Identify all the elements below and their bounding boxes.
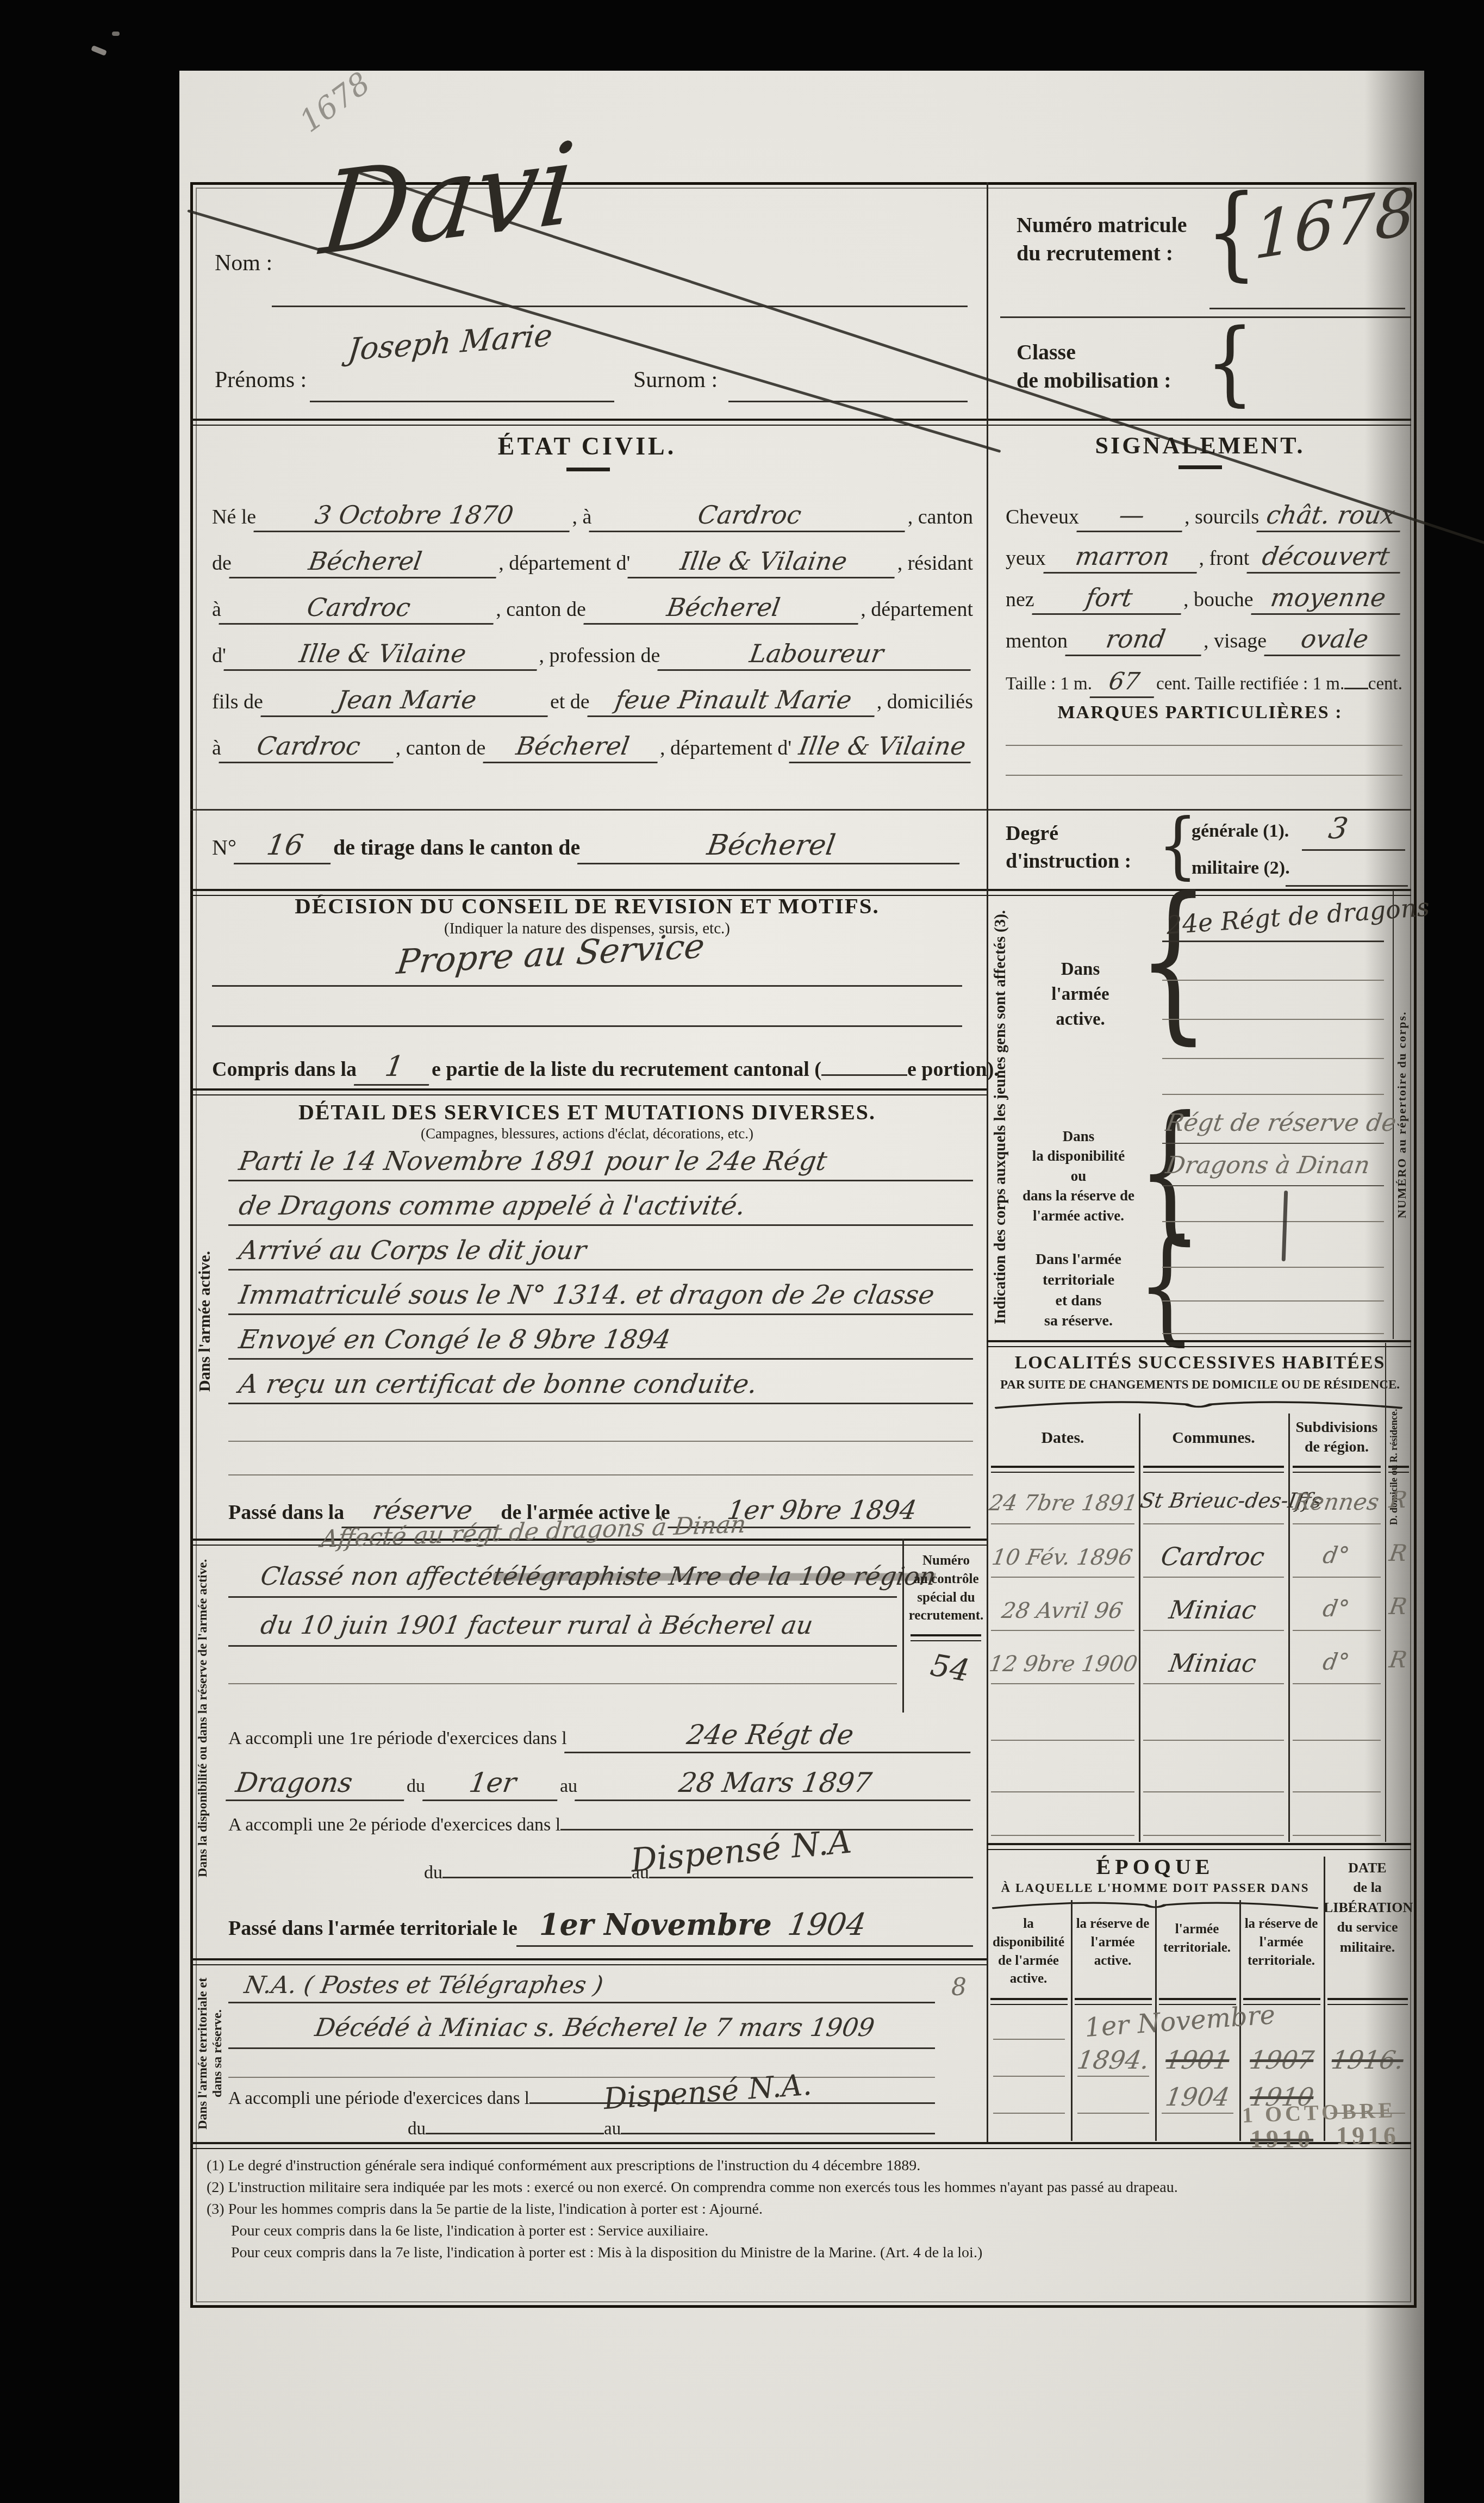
periode-territoriale-row2: du au xyxy=(228,2119,935,2139)
localites-header-subdiv: Subdivisions de région. xyxy=(1288,1418,1385,1458)
rule xyxy=(987,1340,1411,1347)
field-value: Jean Marie xyxy=(260,685,552,717)
services-side-label: Dans l'armée active. xyxy=(196,1153,214,1490)
field-value: 1 xyxy=(354,1050,434,1086)
rule xyxy=(190,2142,1411,2149)
localite-subdiv: Rennes xyxy=(1288,1489,1384,1515)
epoque-subtitle: À LAQUELLE L'HOMME DOIT PASSER DANS xyxy=(987,1881,1324,1895)
rule xyxy=(1075,1998,1152,2005)
degre-generale-label: générale (1). xyxy=(1192,821,1289,842)
field-label: A accompli une 2e période d'exercices da… xyxy=(228,1815,560,1835)
localites-subtitle: PAR SUITE DE CHANGEMENTS DE DOMICILE OU … xyxy=(987,1378,1413,1392)
paper-sheet: 1678 Nom : Davi Prénoms : Joseph Marie S… xyxy=(179,71,1424,2503)
field-value: Bécherel xyxy=(583,593,863,625)
field-label: d' xyxy=(212,644,226,668)
field-label: Né le xyxy=(212,505,256,529)
field-label: cent. xyxy=(1368,674,1402,694)
rule xyxy=(1293,1466,1381,1473)
writing-line xyxy=(212,985,962,987)
signalement-row: Cheveux — , sourcils chât. roux xyxy=(1006,500,1402,532)
field-label: A accompli une période d'exercices dans … xyxy=(228,2089,529,2109)
epoque-date-header: DATE de la LIBÉRATION du service militai… xyxy=(1324,1858,1411,1957)
localites-header-communes: Communes. xyxy=(1139,1429,1288,1447)
epoque-row-line xyxy=(1077,2076,1149,2077)
blank-writing-line xyxy=(228,2077,935,2078)
localite-date: 12 9bre 1900 xyxy=(987,1652,1137,1677)
blank-writing-line xyxy=(1162,1267,1384,1268)
blank-writing-line xyxy=(1162,1058,1384,1059)
surnom-label: Surnom : xyxy=(633,367,718,393)
localite-date: 10 Fév. 1896 xyxy=(987,1545,1137,1570)
etat-civil-line: d' Ille & Vilaine , profession de Labour… xyxy=(212,639,973,671)
field-label: Passé dans la xyxy=(228,1500,344,1524)
row-line xyxy=(1293,1577,1381,1578)
controle-value: 54 xyxy=(928,1647,972,1689)
field-label: du xyxy=(408,2119,426,2139)
blank-writing-line xyxy=(1162,1019,1384,1020)
decision-title: DÉCISION DU CONSEIL DE REVISION ET MOTIF… xyxy=(190,893,984,919)
writing-line xyxy=(228,1645,897,1647)
footnote-5: Pour ceux compris dans la 7e liste, l'in… xyxy=(231,2244,1394,2262)
blank-writing-line xyxy=(228,1474,973,1475)
field-label: , à xyxy=(572,505,592,529)
localites-header-dates: Dates. xyxy=(987,1429,1139,1447)
writing-line xyxy=(228,1180,973,1181)
field-label: , département d' xyxy=(498,551,630,575)
matricule-line xyxy=(1209,308,1405,309)
etat-civil-line: Né le 3 Octobre 1870 , à Cardroc , canto… xyxy=(212,500,973,532)
field-value: Laboureur xyxy=(658,639,976,671)
writing-line xyxy=(228,1358,973,1360)
field-value: ovale xyxy=(1264,624,1405,656)
localite-dr: R xyxy=(1384,1486,1412,1513)
row-line xyxy=(1143,1630,1284,1631)
rule xyxy=(190,809,1411,811)
field-value: 3 Octobre 1870 xyxy=(254,500,575,532)
field-value: 24e Régt de xyxy=(564,1719,976,1753)
field-value: moyenne xyxy=(1251,583,1405,615)
scanned-register-page: 1678 Nom : Davi Prénoms : Joseph Marie S… xyxy=(0,0,1484,2503)
field-value: Dragons xyxy=(226,1767,409,1801)
localite-commune: St Brieuc-des-Iffs xyxy=(1139,1489,1287,1512)
nom-line xyxy=(272,306,968,307)
blank-writing-line xyxy=(228,1683,897,1684)
footnote-3: (3) Pour les hommes compris dans la 5e p… xyxy=(207,2201,1397,2218)
signalement-row: menton rond , visage ovale xyxy=(1006,624,1402,656)
field-value: feue Pinault Marie xyxy=(587,685,879,717)
row-line xyxy=(1293,1683,1381,1684)
writing-line xyxy=(228,1269,973,1271)
rule xyxy=(1327,1998,1408,2005)
field-label: et de xyxy=(550,690,590,714)
epoque-col3-header: l'armée territoriale. xyxy=(1157,1920,1237,1957)
footnote-2: (2) L'instruction militaire sera indiqué… xyxy=(207,2179,1397,2196)
localites-col-divider xyxy=(1288,1414,1290,1842)
blank-line xyxy=(821,1073,907,1076)
localite-subdiv: d° xyxy=(1288,1542,1384,1568)
epoque-1904: 1904 xyxy=(1157,2082,1239,2112)
localites-col-divider xyxy=(1139,1414,1140,1842)
corps-terr-label: Dans l'armée territoriale et dans sa rés… xyxy=(1021,1249,1136,1331)
localite-date: 28 Avril 96 xyxy=(987,1598,1137,1623)
field-value: marron xyxy=(1043,541,1201,574)
na-note: N.A. ( Postes et Télégraphes ) xyxy=(242,1971,605,1999)
empty-row-line xyxy=(991,1835,1134,1836)
field-label: e partie de la liste du recrutement cant… xyxy=(432,1057,821,1081)
field-value: 1er xyxy=(422,1767,563,1801)
localite-dr: R xyxy=(1384,1593,1412,1620)
classe-brace: { xyxy=(1206,317,1254,409)
field-label: , département d' xyxy=(660,736,791,760)
scan-speck xyxy=(112,32,120,36)
periode2-row: A accompli une 2e période d'exercices da… xyxy=(228,1815,973,1835)
rule xyxy=(990,1998,1068,2005)
services-title: DÉTAIL DES SERVICES ET MUTATIONS DIVERSE… xyxy=(190,1099,984,1125)
territoriale-side-label: Dans l'armée territoriale et dans sa rés… xyxy=(196,1969,225,2138)
writing-line xyxy=(1162,1185,1384,1186)
field-label: , bouche xyxy=(1183,588,1254,612)
dispo-line-1: Classé non affecté télégraphiste Mre de … xyxy=(261,1561,936,1591)
row-line xyxy=(1293,1630,1381,1631)
controle-divider xyxy=(902,1539,904,1713)
blank-writing-line xyxy=(228,1441,973,1442)
field-label: du xyxy=(407,1776,425,1797)
localite-dr: R xyxy=(1384,1646,1412,1673)
blank-line xyxy=(426,2132,604,2134)
row-line xyxy=(1143,1683,1284,1684)
field-label: , canton xyxy=(908,505,973,529)
title-dash xyxy=(566,468,610,471)
blank-line xyxy=(649,1876,973,1878)
etat-civil-line: à Cardroc , canton de Bécherel , départe… xyxy=(212,593,973,625)
signalement-row: yeux marron , front découvert xyxy=(1006,541,1402,574)
field-label: , résidant xyxy=(897,551,973,575)
service-entry: Immatriculé sous le N° 1314. et dragon d… xyxy=(237,1280,937,1310)
field-value: 67 xyxy=(1090,668,1159,698)
field-label: , canton de xyxy=(396,736,486,760)
field-label: , front xyxy=(1199,546,1250,570)
empty-row-line xyxy=(991,1791,1134,1792)
dispo-side-label: Dans la disponibilité ou dans la réserve… xyxy=(196,1549,210,1886)
service-entry: Envoyé en Congé le 8 9bre 1894 xyxy=(237,1324,673,1355)
epoque-col1-header: la disponibilité de l'armée active. xyxy=(988,1915,1069,1988)
writing-line xyxy=(228,1403,973,1404)
writing-line xyxy=(228,2002,935,2003)
surnom-line xyxy=(728,401,968,402)
empty-row-line xyxy=(1143,1791,1284,1792)
dispo-line-2: du 10 juin 1901 facteur rural à Bécherel… xyxy=(259,1610,815,1640)
signalement-row: nez fort , bouche moyenne xyxy=(1006,583,1402,615)
field-value: Cardroc xyxy=(219,593,498,625)
epoque-row-line xyxy=(1162,2113,1233,2114)
degre-militaire-line xyxy=(1286,885,1408,887)
epoque-col2-header: la réserve de l'armée active. xyxy=(1073,1915,1153,1970)
blank-line xyxy=(621,2132,935,2134)
title-dash xyxy=(1179,465,1222,469)
periode-territoriale-row: A accompli une période d'exercices dans … xyxy=(228,2089,935,2109)
rule xyxy=(1143,1466,1284,1473)
writing-line xyxy=(228,2047,935,2049)
epoque-col-divider xyxy=(1324,1857,1325,2141)
epoque-row-line xyxy=(993,2076,1065,2077)
field-label: yeux xyxy=(1006,546,1046,570)
corps-active-label: Dans l'armée active. xyxy=(1025,957,1136,1032)
tirage-row: N° 16 de tirage dans le canton de Bécher… xyxy=(212,829,962,864)
field-label: Compris dans la xyxy=(212,1057,357,1081)
service-entry: Arrivé au Corps le dit jour xyxy=(237,1235,589,1266)
rule xyxy=(190,1958,987,1965)
field-label: au xyxy=(604,2119,621,2139)
empty-row-line xyxy=(1293,1740,1381,1741)
row-line xyxy=(991,1630,1134,1631)
margin-mark: 8 xyxy=(951,1973,967,2001)
prenoms-line xyxy=(310,401,614,402)
row-line xyxy=(1143,1523,1284,1524)
localites-col-divider xyxy=(1385,1343,1386,1842)
footnote-1: (1) Le degré d'instruction générale sera… xyxy=(207,2157,1397,2175)
field-label: de xyxy=(212,551,232,575)
field-label: Cheveux xyxy=(1006,505,1079,529)
empty-row-line xyxy=(991,1740,1134,1741)
row-line xyxy=(991,1523,1134,1524)
rule xyxy=(991,1466,1134,1473)
empty-row-line xyxy=(1143,1835,1284,1836)
field-label: N° xyxy=(212,835,236,860)
writing-line xyxy=(212,1025,962,1027)
corps-rotated-label: Indication des corps auxquels les jeunes… xyxy=(992,902,1009,1332)
stamp-1910-struck: 1910 xyxy=(1243,2125,1320,2153)
field-label: de tirage dans le canton de xyxy=(333,835,580,860)
epoque-1916-struck: 1916. xyxy=(1325,2045,1411,2075)
corps-active-brace: { xyxy=(1137,875,1210,1047)
localites-brace xyxy=(995,1397,1402,1409)
controle-label: Numéro au contrôle spécial du recrutemen… xyxy=(907,1552,986,1625)
field-label: , sourcils xyxy=(1184,505,1259,529)
field-label: , département xyxy=(861,597,973,621)
rule xyxy=(190,1088,987,1095)
matricule-brace: { xyxy=(1206,181,1257,283)
field-value: chât. roux xyxy=(1257,500,1405,532)
epoque-col4-header: la réserve de l'armée territoriale. xyxy=(1241,1915,1321,1970)
field-label: fils de xyxy=(212,690,263,714)
rule xyxy=(911,1634,981,1641)
field-value: Classé non affecté xyxy=(259,1561,495,1591)
blank-line xyxy=(442,1876,632,1878)
field-value: 1er Novembre xyxy=(539,1907,772,1942)
footnote-4: Pour ceux compris dans la 6e liste, l'in… xyxy=(231,2222,1394,2240)
degre-label: Degré d'instruction : xyxy=(1006,820,1131,876)
compris-row: Compris dans la 1 e partie de la liste d… xyxy=(212,1050,962,1086)
localite-dr: R xyxy=(1384,1540,1412,1566)
etat-civil-line: de Bécherel , département d' Ille & Vila… xyxy=(212,546,973,578)
writing-line xyxy=(516,1945,973,1947)
field-value: — xyxy=(1076,500,1187,532)
periode1-row2: Dragons du 1er au 28 Mars 1897 xyxy=(228,1767,973,1801)
localites-title: LOCALITÉS SUCCESSIVES HABITÉES xyxy=(987,1353,1413,1373)
field-label: , canton de xyxy=(496,597,586,621)
empty-row-line xyxy=(1143,1740,1284,1741)
rule xyxy=(190,419,1411,426)
field-label: Passé dans l'armée territoriale le xyxy=(228,1916,517,1940)
etat-civil-title: ÉTAT CIVIL. xyxy=(190,432,984,460)
taille-row: Taille : 1 m. 67 cent. Taille rectifiée … xyxy=(1006,668,1402,698)
empty-row-line xyxy=(1293,1791,1381,1792)
field-label: cent. Taille rectifiée : 1 m. xyxy=(1156,674,1344,694)
nom-label: Nom : xyxy=(215,250,272,276)
field-value: Bécherel xyxy=(229,546,501,578)
field-label: menton xyxy=(1006,629,1068,653)
row-line xyxy=(1143,1577,1284,1578)
classe-label: Classe de mobilisation : xyxy=(1017,338,1171,395)
field-value: rond xyxy=(1065,624,1206,656)
field-value: Cardroc xyxy=(219,731,398,763)
localite-subdiv: d° xyxy=(1288,1648,1384,1675)
services-subtitle: (Campagnes, blessures, actions d'éclat, … xyxy=(190,1125,984,1142)
epoque-title: ÉPOQUE xyxy=(987,1854,1324,1879)
corps-dispo-value-2: Dragons à Dinan xyxy=(1164,1151,1372,1179)
blank-line xyxy=(1344,687,1368,689)
periode1-row: A accompli une 1re période d'exercices d… xyxy=(228,1719,973,1753)
epoque-row-line xyxy=(993,2113,1065,2114)
writing-line xyxy=(228,1313,973,1315)
localite-subdiv: d° xyxy=(1288,1595,1384,1622)
field-label: , domiciliés xyxy=(877,690,973,714)
field-value: Bécherel xyxy=(577,829,965,864)
writing-line xyxy=(1162,1143,1384,1144)
field-label: au xyxy=(560,1776,577,1797)
blank-writing-line xyxy=(1162,1333,1384,1334)
etat-civil-line: fils de Jean Marie et de feue Pinault Ma… xyxy=(212,685,973,717)
field-value: découvert xyxy=(1247,541,1405,574)
blank-writing-line xyxy=(1162,1300,1384,1302)
field-label: nez xyxy=(1006,588,1034,612)
epoque-row-line xyxy=(1077,2113,1149,2114)
corps-terr-brace: { xyxy=(1137,1223,1196,1348)
field-value: fort xyxy=(1032,583,1186,615)
field-value-struck: télégraphiste Mre de la 10e région xyxy=(490,1561,938,1591)
service-entry: Parti le 14 Novembre 1891 pour le 24e Ré… xyxy=(237,1146,830,1176)
service-entry: de Dragons comme appelé à l'activité. xyxy=(237,1191,748,1221)
epoque-1901-struck: 1901 xyxy=(1157,2045,1239,2075)
periode2-row2: du au xyxy=(228,1863,973,1883)
etat-civil-line: à Cardroc , canton de Bécherel , départe… xyxy=(212,731,973,763)
rule xyxy=(1388,1466,1409,1473)
field-value: Cardroc xyxy=(589,500,911,532)
row-line xyxy=(1293,1523,1381,1524)
localite-date: 24 7bre 1891 xyxy=(987,1491,1137,1516)
field-label: , profession de xyxy=(539,644,660,668)
writing-line xyxy=(1162,941,1384,942)
field-value: Ille & Vilaine xyxy=(628,546,900,578)
blank-writing-line xyxy=(1006,745,1402,746)
row-line xyxy=(991,1577,1134,1578)
field-label: Taille : 1 m. xyxy=(1006,674,1092,694)
corps-dispo-value-1: Régt de réserve de xyxy=(1164,1109,1398,1137)
empty-row-line xyxy=(1293,1835,1381,1836)
field-value: 28 Mars 1897 xyxy=(575,1767,976,1801)
corps-dispo-label: Dans la disponibilité ou dans la réserve… xyxy=(1021,1126,1136,1225)
field-label: , visage xyxy=(1204,629,1267,653)
scan-speck xyxy=(91,45,107,56)
epoque-1907-struck: 1907 xyxy=(1241,2045,1323,2075)
degre-generale-line xyxy=(1302,849,1405,851)
field-value: Ille & Vilaine xyxy=(789,731,975,763)
field-value: Ille & Vilaine xyxy=(223,639,541,671)
rule xyxy=(987,1843,1411,1850)
service-entry: A reçu un certificat de bonne conduite. xyxy=(237,1369,759,1399)
signalement-title: SIGNALEMENT. xyxy=(987,432,1413,459)
field-value: 1904 xyxy=(785,1907,869,1942)
field-label: e portion). xyxy=(907,1057,999,1081)
localite-commune: Miniac xyxy=(1138,1648,1288,1678)
deces-note: Décédé à Miniac s. Bécherel le 7 mars 19… xyxy=(313,2013,877,2042)
blank-writing-line xyxy=(1162,980,1384,981)
writing-line xyxy=(228,1596,897,1598)
epoque-1894: 1894. xyxy=(1073,2045,1155,2075)
localite-commune: Miniac xyxy=(1138,1595,1288,1624)
field-value: Bécherel xyxy=(483,731,663,763)
marques-label: MARQUES PARTICULIÈRES : xyxy=(987,702,1413,723)
pencil-margin-number: 1678 xyxy=(294,65,377,139)
blank-writing-line xyxy=(1006,775,1402,776)
field-label: A accompli une 1re période d'exercices d… xyxy=(228,1728,567,1749)
stamp-1916: 1916 xyxy=(1327,2121,1408,2150)
passe-territoriale-row: Passé dans l'armée territoriale le 1er N… xyxy=(228,1907,973,1942)
prenoms-label: Prénoms : xyxy=(215,367,307,393)
writing-line xyxy=(228,1224,973,1226)
epoque-row-line xyxy=(993,2039,1065,2040)
field-label: du xyxy=(424,1863,442,1883)
matricule-label: Numéro matricule du recrutement : xyxy=(1017,211,1187,267)
row-line xyxy=(991,1683,1134,1684)
localite-commune: Cardroc xyxy=(1138,1542,1288,1571)
field-value: 16 xyxy=(234,829,336,864)
